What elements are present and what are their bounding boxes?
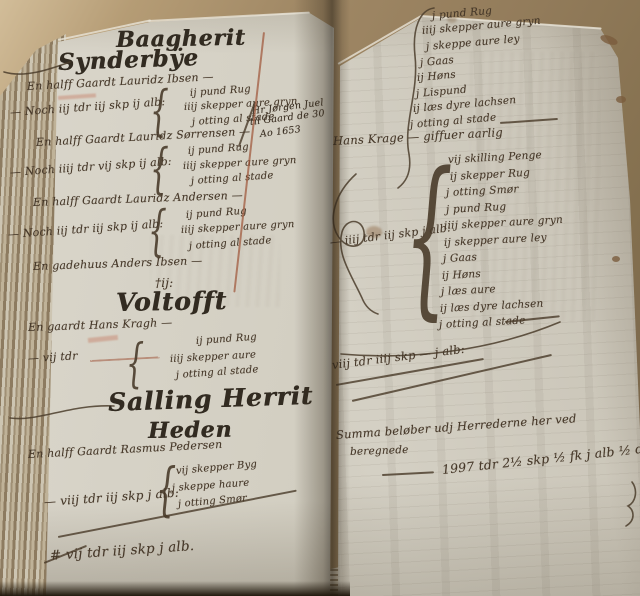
torn-edge-mark <box>612 256 620 262</box>
heading-voltoft: Voltofft <box>116 286 227 317</box>
summa-line: beregnede <box>350 444 409 458</box>
landgilde-item: ij Høns <box>442 268 482 282</box>
landgilde-item: j Gaas <box>443 251 478 265</box>
bracket-icon: { <box>126 338 144 390</box>
swash-flourish <box>8 396 118 422</box>
book-gutter <box>294 0 350 596</box>
manuscript-photo: Baagherit Synderbÿe En halff Gaardt Laur… <box>0 0 640 596</box>
torn-edge-mark <box>616 96 626 103</box>
swash-flourish <box>2 56 72 78</box>
squiggle-flourish <box>618 480 640 530</box>
table-edge-shadow <box>0 581 350 596</box>
entry-sum: — vij tdr <box>28 349 78 365</box>
